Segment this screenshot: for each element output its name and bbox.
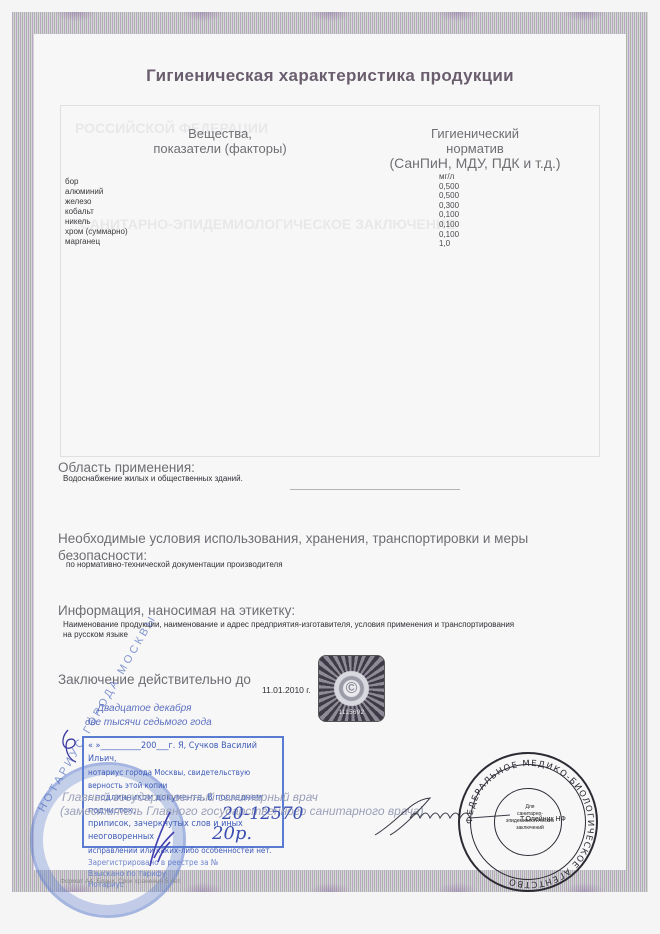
notary-line: нотариус города Москвы, свидетельствую в… <box>88 766 278 792</box>
conditions-label-line1: Необходимые условия использования, хране… <box>58 531 528 546</box>
header-line: показатели (факторы) <box>140 141 300 156</box>
header-line: (СанПиН, МДУ, ПДК и т.д.) <box>350 156 600 171</box>
header-line: Вещества, <box>140 126 300 141</box>
substances-column-header: Вещества, показатели (факторы) <box>140 126 300 156</box>
table-row-substance: хром (суммарно) <box>65 227 128 237</box>
registry-label: Зарегистрировано в реестре за № <box>88 857 278 868</box>
agency-round-stamp: ФЕДЕРАЛЬНОЕ МЕДИКО-БИОЛОГИЧЕСКОЕ АГЕНТСТ… <box>458 752 598 892</box>
header-line: норматив <box>350 141 600 156</box>
registry-number-handwritten: 20-12570 <box>222 804 303 824</box>
document-title: Гигиеническая характеристика продукции <box>0 66 660 86</box>
stamp-center-text: Для санитарно- эпидемиологических заключ… <box>500 804 560 832</box>
hologram-serial: 1115692 <box>318 710 385 716</box>
notary-signature-icon <box>140 808 180 868</box>
table-row-substance: железо <box>65 197 128 207</box>
table-row-norm: 1,0 <box>439 239 459 249</box>
substances-list: бор алюминий железо кобальт никель хром … <box>65 177 128 247</box>
application-area-label: Область применения: <box>58 460 195 475</box>
table-row-norm: 0,100 <box>439 220 459 230</box>
fee-handwritten: 20р. <box>212 823 252 844</box>
table-row-norm: 0,100 <box>439 210 459 220</box>
label-info-value-line1: Наименование продукции, наименование и а… <box>63 620 514 629</box>
copyright-c-icon: © <box>346 680 358 698</box>
initial-signature-icon <box>56 728 86 764</box>
stamp-signer: Т.Олейник НФ <box>520 816 566 823</box>
header-line: Гигиенический <box>350 126 600 141</box>
table-row-substance: кобальт <box>65 207 128 217</box>
stamp-line: санитарно- <box>500 811 560 818</box>
table-row-substance: бор <box>65 177 128 187</box>
table-row-norm: 0,500 <box>439 191 459 201</box>
application-area-value: Водоснабжение жилых и общественных здани… <box>63 474 243 483</box>
table-row-norm: 0,100 <box>439 230 459 240</box>
table-row-norm: 0,300 <box>439 201 459 211</box>
table-row-norm: 0,500 <box>439 182 459 192</box>
stamp-line: заключений <box>500 825 560 832</box>
notary-line: исправлений или каких-либо особенностей … <box>88 844 278 857</box>
unit-label: мг/л <box>439 172 459 182</box>
notary-line: « »__________200___г. Я, Сучков Василий … <box>88 740 278 766</box>
table-row-substance: алюминий <box>65 187 128 197</box>
underline <box>290 489 460 490</box>
conditions-value: по нормативно-технической документации п… <box>66 560 283 569</box>
certificate-page: РОССИЙСКОЙ ФЕДЕРАЦИИ САНИТАРНО-ЭПИДЕМИОЛ… <box>0 0 660 934</box>
table-row-substance: марганец <box>65 237 128 247</box>
form-footer: Формат А4. Бланк. Срок хранения 5 лет. <box>60 878 182 885</box>
label-info-label: Информация, наносимая на этикетку: <box>58 603 295 618</box>
label-info-value-line2: на русском языке <box>63 630 128 639</box>
stamp-line: эпидемиологических <box>500 818 560 825</box>
norm-column-header: Гигиенический норматив (СанПиН, МДУ, ПДК… <box>350 126 600 171</box>
svg-text:ФЕДЕРАЛЬНОЕ МЕДИКО-БИОЛОГИЧЕСК: ФЕДЕРАЛЬНОЕ МЕДИКО-БИОЛОГИЧЕСКОЕ АГЕНТСТ… <box>465 759 595 889</box>
norms-list: мг/л 0,500 0,500 0,300 0,100 0,100 0,100… <box>439 172 459 249</box>
security-hologram: © 1115692 <box>318 655 385 722</box>
date-line: две тысячи седьмого года <box>85 716 212 730</box>
stamp-ring: ФЕДЕРАЛЬНОЕ МЕДИКО-БИОЛОГИЧЕСКОЕ АГЕНТСТ… <box>460 754 600 894</box>
table-row-substance: никель <box>65 217 128 227</box>
validity-label: Заключение действительно до <box>58 672 251 687</box>
validity-date: 11.01.2010 г. <box>262 685 311 695</box>
stamp-line: Для <box>500 804 560 811</box>
